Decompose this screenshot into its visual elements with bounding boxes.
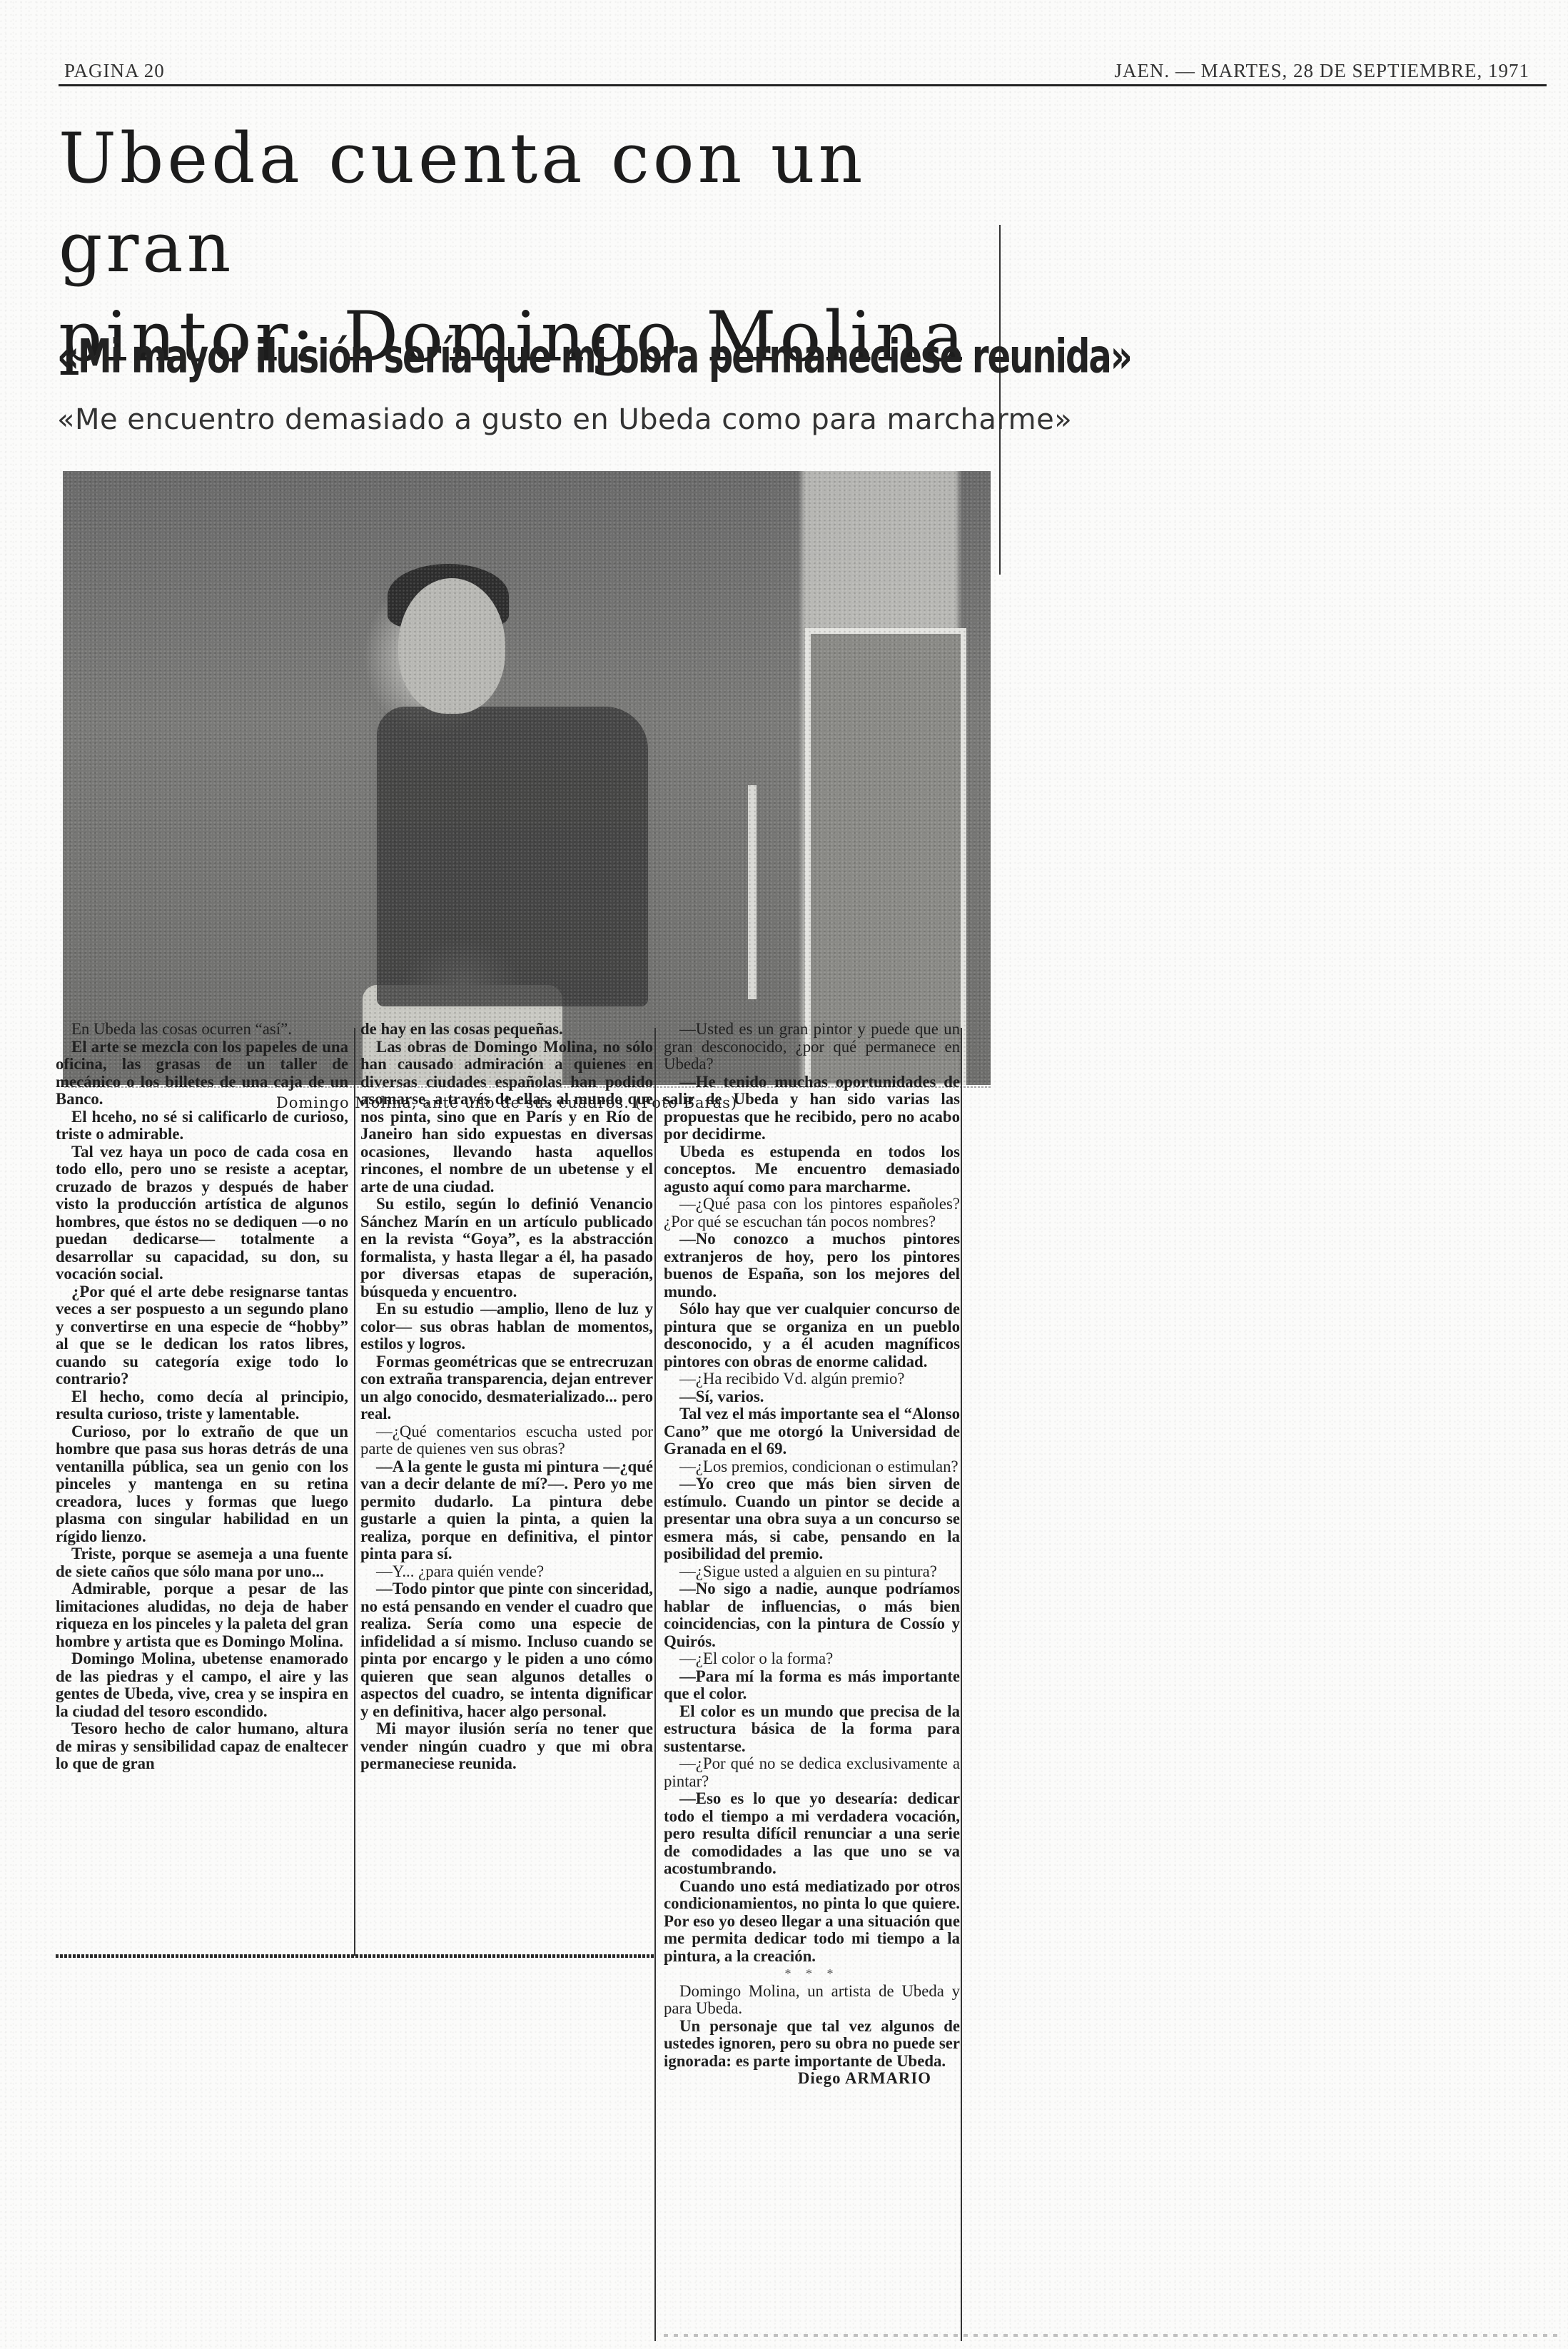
paragraph: —Usted es un gran pintor y puede que un … (664, 1021, 960, 1074)
paragraph: El hceho, no sé si calificarlo de curios… (56, 1108, 348, 1143)
paragraph: Las obras de Domingo Molina, no sólo han… (360, 1039, 653, 1196)
subheadline: «Mi mayor ilusión sería que mi obra perm… (57, 330, 992, 384)
paragraph: Admirable, porque a pesar de las limitac… (56, 1580, 348, 1650)
headline-line-1: Ubeda cuenta con un gran (59, 114, 993, 293)
paragraph: —Yo creo que más bien sirven de estímulo… (664, 1475, 960, 1563)
paragraph: Formas geométricas que se entrecruzan co… (360, 1353, 653, 1423)
paragraph: El color es un mundo que precisa de la e… (664, 1703, 960, 1756)
paragraph: Sólo hay que ver cualquier concurso de p… (664, 1300, 960, 1370)
paragraph: Ubeda es estupenda en todos los concepto… (664, 1143, 960, 1196)
paragraph: Tal vez haya un poco de cada cosa en tod… (56, 1143, 348, 1283)
paragraph: —Sí, varios. (664, 1388, 960, 1406)
paragraph: —Eso es lo que yo desearía: dedicar todo… (664, 1790, 960, 1878)
section-separator: * * * (664, 1965, 960, 1983)
paragraph: —¿Ha recibido Vd. algún premio? (664, 1370, 960, 1388)
paragraph: —No conozco a muchos pintores extranjero… (664, 1231, 960, 1300)
column-3: —Usted es un gran pintor y puede que un … (664, 1021, 960, 2088)
column-rule-1 (354, 1028, 355, 1956)
paragraph: —¿Los premios, condicionan o estimulan? (664, 1458, 960, 1476)
paragraph: —He tenido muchas oportunidades de salir… (664, 1074, 960, 1143)
paragraph: Su estilo, según lo definió Venancio Sán… (360, 1196, 653, 1300)
paragraph: —¿Qué comentarios escucha usted por part… (360, 1423, 653, 1458)
paragraph: de hay en las cosas pequeñas. (360, 1021, 653, 1039)
headline-box-rule (999, 225, 1001, 575)
paragraph: Mi mayor ilusión sería no tener que vend… (360, 1720, 653, 1773)
paragraph: Tal vez el más importante sea el “Alonso… (664, 1405, 960, 1458)
page-number: PAGINA 20 (64, 60, 165, 82)
dateline: JAEN. — MARTES, 28 DE SEPTIEMBRE, 1971 (1114, 60, 1529, 82)
article-photo (63, 471, 991, 1085)
column-rule-2 (654, 1028, 656, 2341)
paragraph: Domingo Molina, ubetense enamorado de la… (56, 1650, 348, 1720)
paragraph: Cuando uno está mediatizado por otros co… (664, 1878, 960, 1966)
column-2: de hay en las cosas pequeñas.Las obras d… (360, 1021, 653, 1773)
page-edge-bottom (664, 2334, 1563, 2337)
column-end-rule (56, 1954, 654, 1958)
halftone-noise (63, 471, 991, 1085)
paragraph: —¿Qué pasa con los pintores españoles? ¿… (664, 1196, 960, 1231)
paragraph: —¿Sigue usted a alguien en su pintura? (664, 1563, 960, 1581)
paragraph: Tesoro hecho de calor humano, altura de … (56, 1720, 348, 1773)
byline: Diego ARMARIO (664, 2070, 960, 2088)
page-header: PAGINA 20 JAEN. — MARTES, 28 DE SEPTIEMB… (56, 59, 1551, 87)
paragraph: —Todo pintor que pinte con sinceridad, n… (360, 1580, 653, 1720)
paragraph: El arte se mezcla con los papeles de una… (56, 1039, 348, 1108)
paragraph: —A la gente le gusta mi pintura —¿qué va… (360, 1458, 653, 1563)
paragraph: El hecho, como decía al principio, resul… (56, 1388, 348, 1423)
column-1: En Ubeda las cosas ocurren “así”.El arte… (56, 1021, 348, 1773)
paragraph: En Ubeda las cosas ocurren “así”. (56, 1021, 348, 1039)
column-rule-3 (961, 1028, 962, 2341)
paragraph: Un personaje que tal vez algunos de uste… (664, 2018, 960, 2071)
paragraph: —¿El color o la forma? (664, 1650, 960, 1668)
paragraph: —Y... ¿para quién vende? (360, 1563, 653, 1581)
paragraph: —¿Por qué no se dedica exclusivamente a … (664, 1755, 960, 1790)
paragraph: Curioso, por lo extraño de que un hombre… (56, 1423, 348, 1546)
paragraph: En su estudio —amplio, lleno de luz y co… (360, 1300, 653, 1353)
paragraph: —No sigo a nadie, aunque podríamos habla… (664, 1580, 960, 1650)
deck: «Me encuentro demasiado a gusto en Ubeda… (57, 403, 992, 436)
paragraph: —Para mí la forma es más importante que … (664, 1668, 960, 1703)
header-rule (59, 84, 1547, 86)
paragraph: Triste, porque se asemeja a una fuente d… (56, 1545, 348, 1580)
paragraph: Domingo Molina, un artista de Ubeda y pa… (664, 1983, 960, 2018)
paragraph: ¿Por qué el arte debe resignarse tantas … (56, 1283, 348, 1388)
